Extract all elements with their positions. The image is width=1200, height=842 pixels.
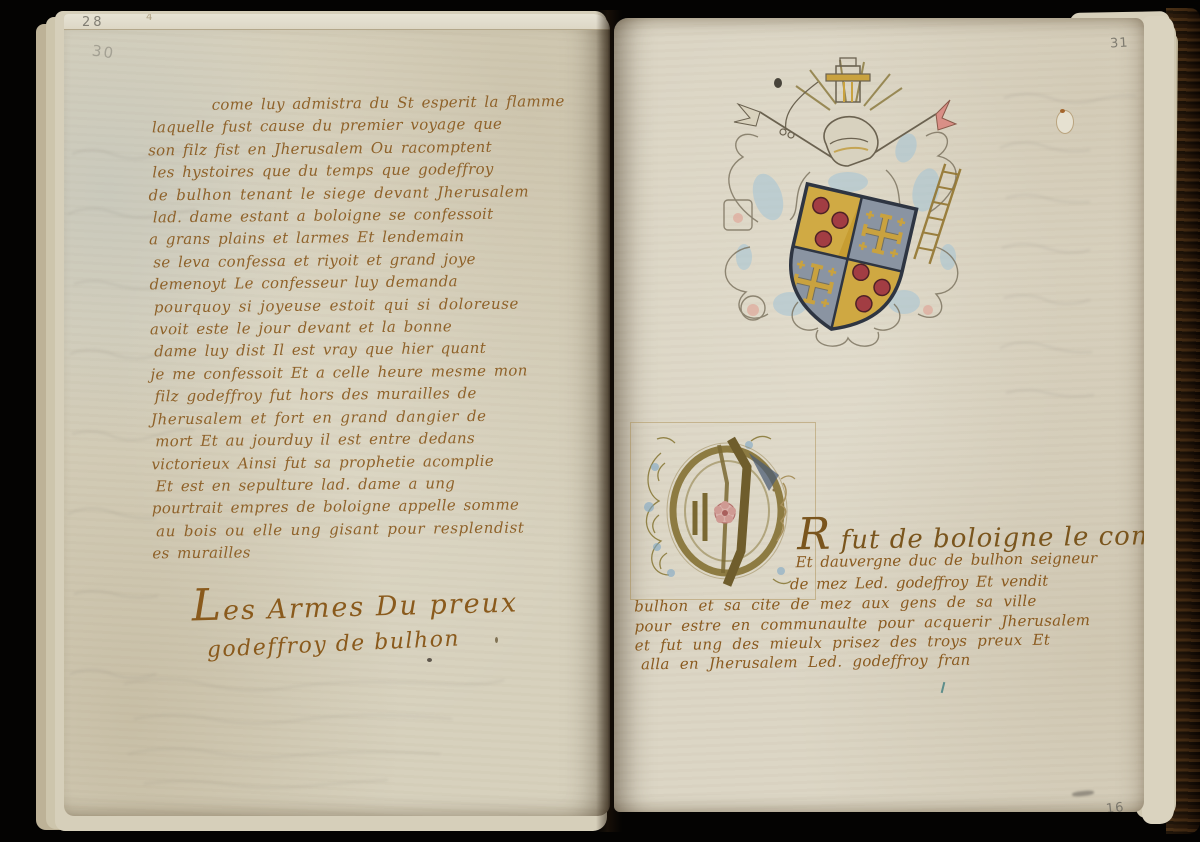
show-through-text-ghost bbox=[114, 664, 534, 804]
folio-number-30: 30 bbox=[91, 41, 116, 62]
page-edge-stack-right bbox=[1142, 16, 1174, 824]
ink-speck bbox=[495, 637, 498, 643]
pencil-smudge bbox=[1072, 790, 1094, 797]
helm bbox=[824, 117, 878, 166]
illuminated-initial-frame bbox=[630, 422, 816, 600]
strapwork bbox=[695, 439, 779, 585]
pencil-mark-top: 4 bbox=[146, 14, 152, 23]
manuscript-line: Et dauvergne duc de bulhon seigneur bbox=[795, 549, 1097, 571]
ink-speck bbox=[427, 658, 432, 662]
manuscript-text-block: come luy admistra du St esperit la flamm… bbox=[148, 90, 610, 565]
left-page: 4 28 30 come luy admistra du St esperit … bbox=[64, 14, 610, 816]
parchment-hole bbox=[1056, 110, 1074, 134]
manuscript-photo: 4 28 30 come luy admistra du St esperit … bbox=[0, 0, 1200, 842]
illuminated-initial-O bbox=[631, 423, 815, 597]
teal-ink-tick bbox=[941, 682, 946, 693]
right-text-block: R fut de boloigne le comte Et dauvergne … bbox=[614, 18, 1144, 22]
manuscript-line: es murailles bbox=[152, 538, 610, 565]
right-page: 31 16 bbox=[614, 18, 1144, 812]
manuscript-line: alla en Jherusalem Led. godeffroy fran bbox=[641, 651, 971, 674]
manuscript-line: de mez Led. godeffroy Et vendit bbox=[790, 572, 1049, 594]
arms-caption: Les Armes Du preux godeffroy de bulhon bbox=[191, 571, 520, 660]
coat-of-arms-illustration bbox=[698, 52, 988, 352]
arms-caption-line-1: Les Armes Du preux bbox=[191, 571, 519, 631]
folio-number-31: 31 bbox=[1110, 36, 1129, 52]
folio-number-28: 28 bbox=[82, 15, 105, 30]
folio-number-16: 16 bbox=[1105, 800, 1125, 812]
rose-ornament bbox=[714, 501, 736, 523]
shield bbox=[777, 184, 917, 342]
